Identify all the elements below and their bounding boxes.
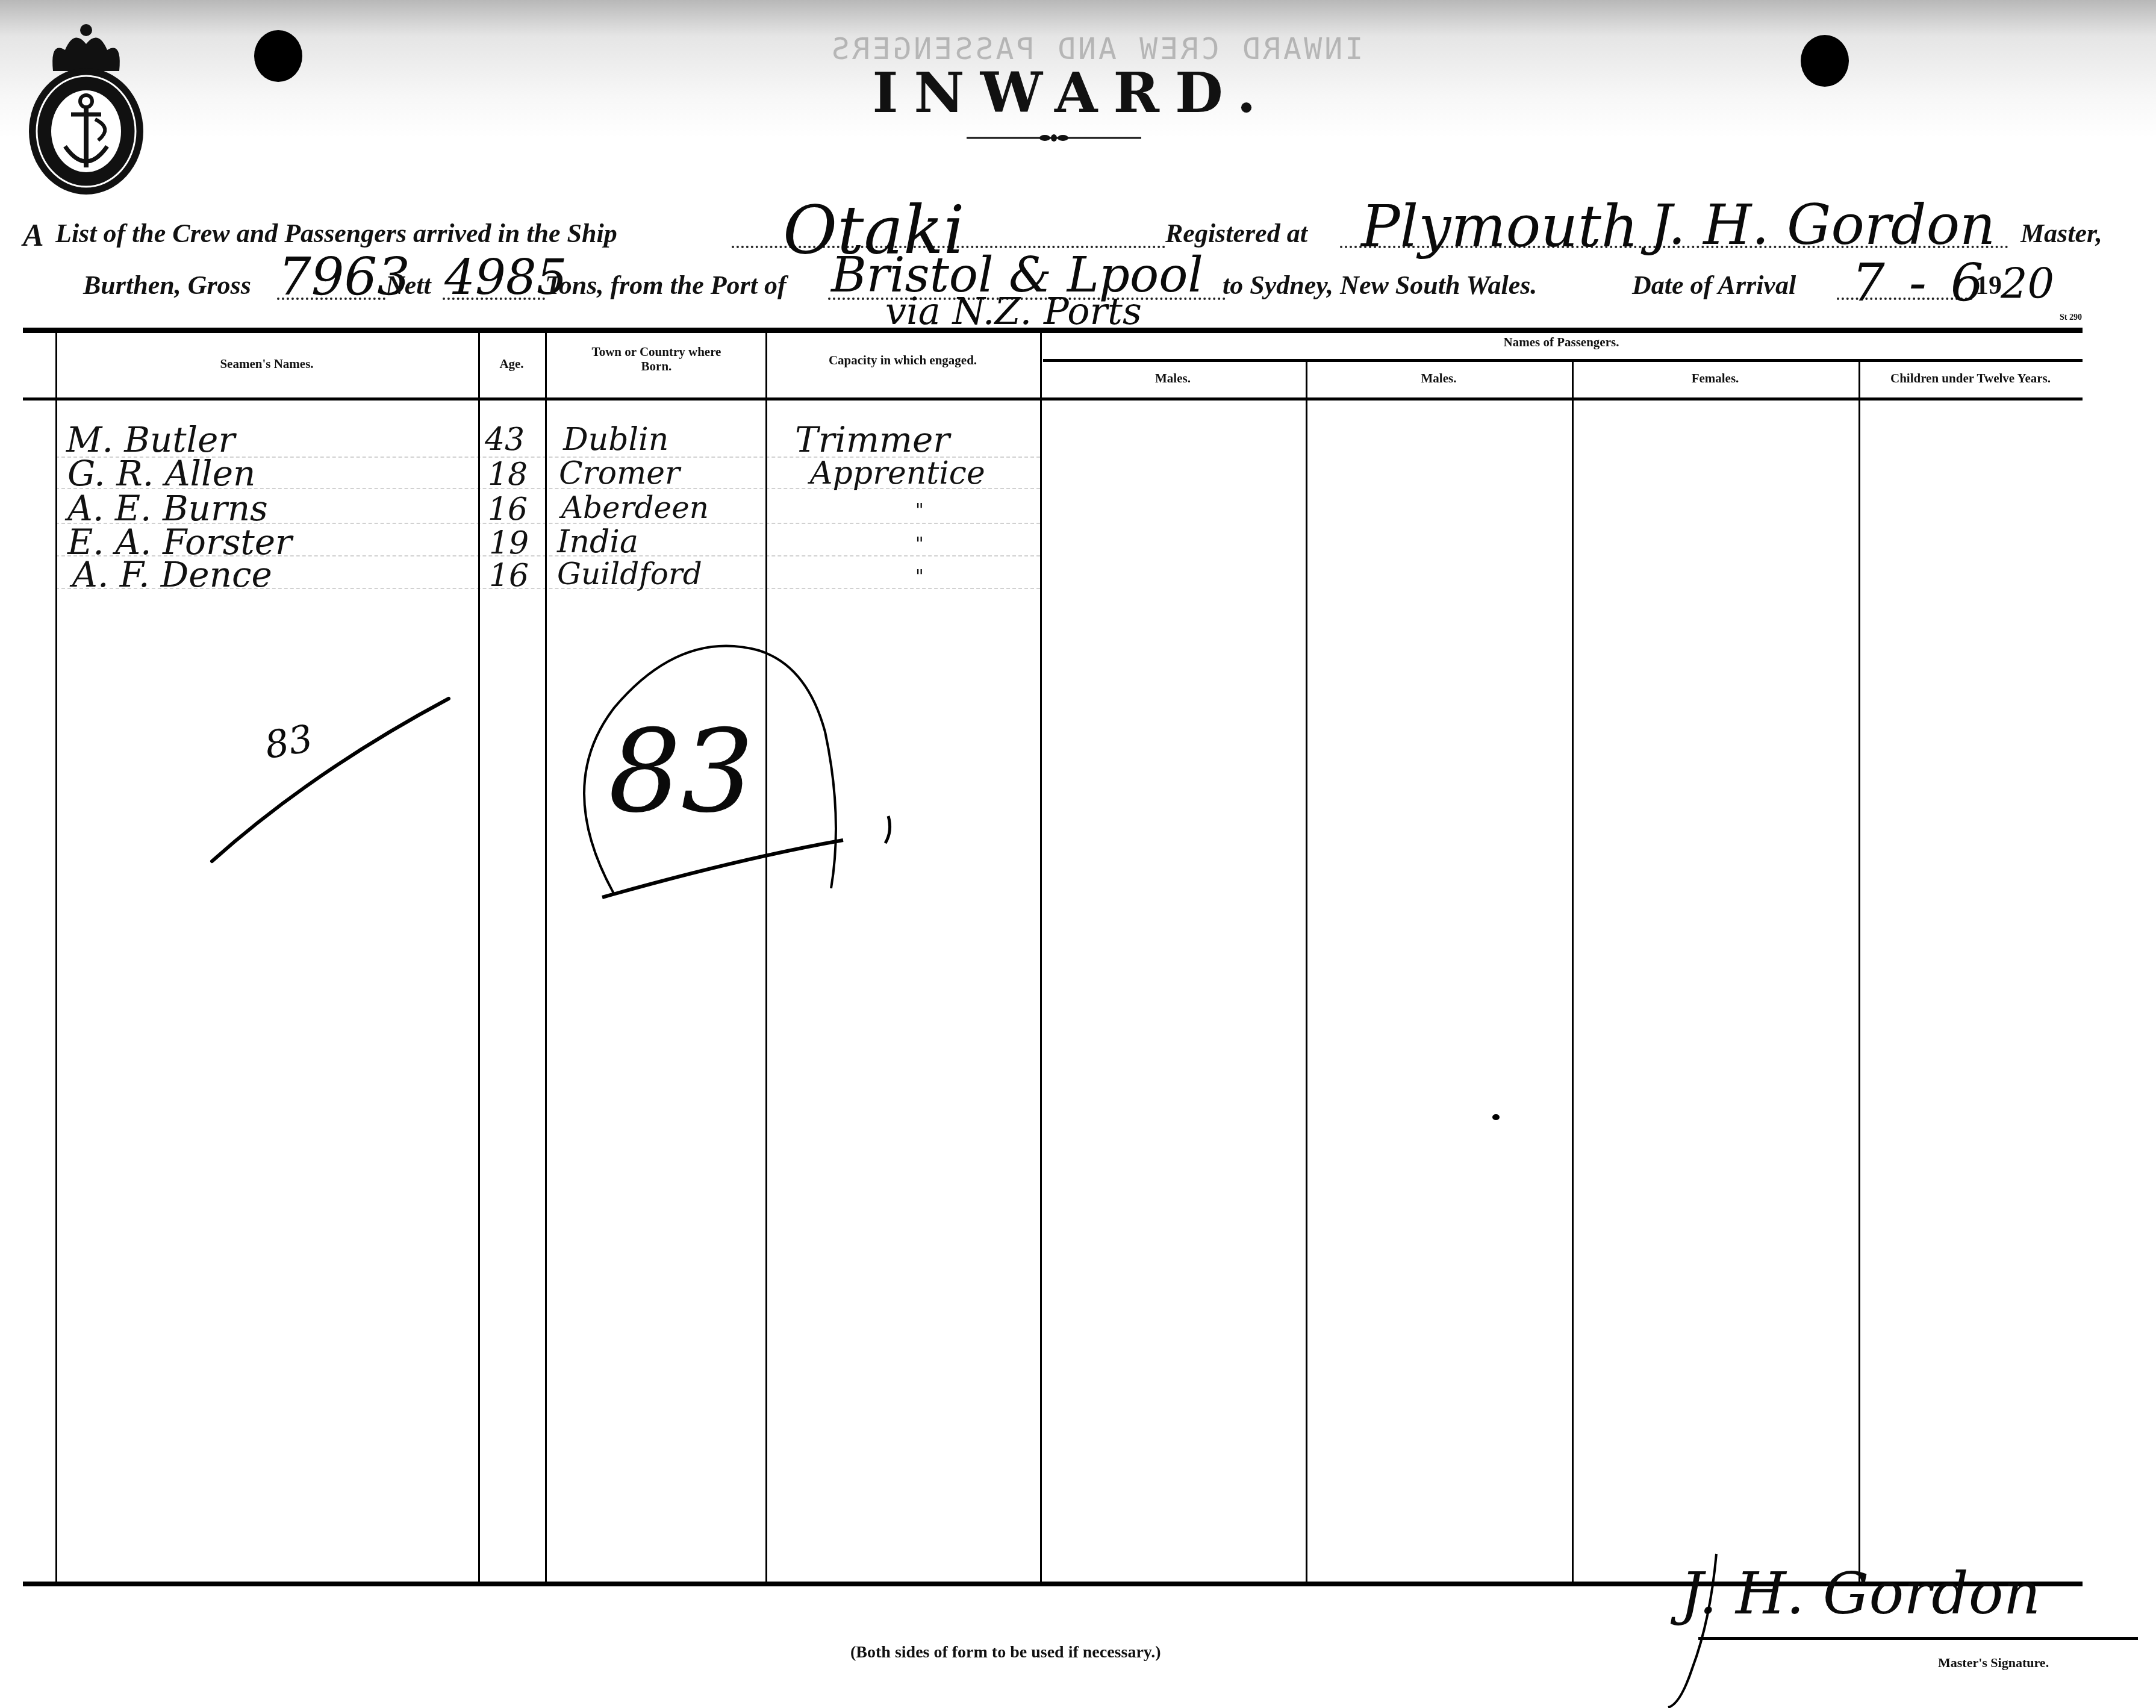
col-header-names-of-passengers: Names of Passengers. (1040, 335, 2083, 350)
crew-capacity: " (915, 566, 924, 587)
col-border-town-capacity (765, 330, 767, 1584)
registered-label: Registered at (1165, 218, 1307, 249)
crew-age: 16 (488, 491, 528, 528)
col-border-names-age (478, 330, 480, 1584)
to-sydney-label: to Sydney, New South Wales. (1223, 270, 1537, 301)
table-header-bottom-rule (23, 397, 2083, 401)
form-footer-note: (Both sides of form to be used if necess… (850, 1643, 1161, 1662)
shipping-master-crest-icon (23, 17, 149, 198)
crew-capacity: " (915, 534, 924, 555)
year-suffix-field: 20 (2001, 259, 2054, 308)
list-heading-label: List of the Crew and Passengers arrived … (55, 218, 617, 249)
crew-town: Guildford (557, 556, 702, 591)
form-code: St 290 (2060, 313, 2082, 323)
crew-age: 19 (489, 525, 529, 561)
col-border-left (55, 330, 57, 1584)
col-header-town-born: Town or Country where Born. (578, 344, 735, 373)
master-signature-label: Master's Signature. (1938, 1655, 2049, 1671)
col-header-females: Females. (1572, 371, 1858, 386)
circled-count-annotation: 83 (608, 705, 754, 838)
col-header-age: Age. (478, 357, 545, 372)
crew-name: A. F. Dence (72, 554, 272, 595)
crew-town: India (557, 524, 638, 560)
punch-hole-right (1801, 35, 1849, 87)
col-header-males-1: Males. (1040, 371, 1306, 386)
master-label: Master, (2020, 218, 2102, 249)
signature-line (1698, 1637, 2138, 1640)
burthen-gross-label: Burthen, Gross (83, 270, 251, 301)
col-header-seamens-names: Seamen's Names. (55, 357, 478, 372)
crew-capacity: Apprentice (810, 455, 985, 491)
crew-age: 16 (489, 558, 529, 594)
ink-speck (1492, 1114, 1500, 1120)
col-border-capacity-passengers (1040, 330, 1042, 1584)
crew-capacity: Trimmer (795, 419, 950, 460)
year-prefix: 19 (1975, 270, 2002, 301)
tons-from-port-label: Tons, from the Port of (545, 270, 787, 301)
crew-town: Dublin (563, 422, 668, 458)
title-ornament (967, 132, 1141, 137)
registered-at-field: Plymouth (1361, 193, 1639, 260)
nett-label: Nett (385, 270, 431, 301)
col-header-children: Children under Twelve Years. (1858, 371, 2083, 386)
master-name-field: J. H. Gordon (1650, 193, 1995, 257)
passengers-subheader-rule (1043, 359, 2083, 362)
crew-town: Aberdeen (561, 490, 709, 525)
slash-mark (205, 693, 458, 867)
crew-town: Cromer (559, 455, 680, 491)
col-header-capacity: Capacity in which engaged. (765, 353, 1040, 368)
table-top-rule (23, 328, 2083, 333)
via-ports-field: via N.Z. Ports (885, 289, 1142, 333)
punch-hole-left (254, 30, 302, 82)
crew-age: 18 (488, 457, 528, 493)
list-prefix: A (23, 218, 44, 254)
col-border-males-females (1572, 360, 1574, 1584)
arrival-date-label: Date of Arrival (1632, 270, 1796, 301)
page-title: INWARD. (843, 60, 1301, 125)
crew-capacity: " (915, 500, 924, 521)
col-border-males-males (1306, 360, 1307, 1584)
signature-flourish (1626, 1548, 1759, 1708)
crew-age: 43 (485, 422, 525, 458)
col-border-females-children (1858, 360, 1860, 1584)
col-border-age-town (545, 330, 547, 1584)
col-header-males-2: Males. (1306, 371, 1572, 386)
